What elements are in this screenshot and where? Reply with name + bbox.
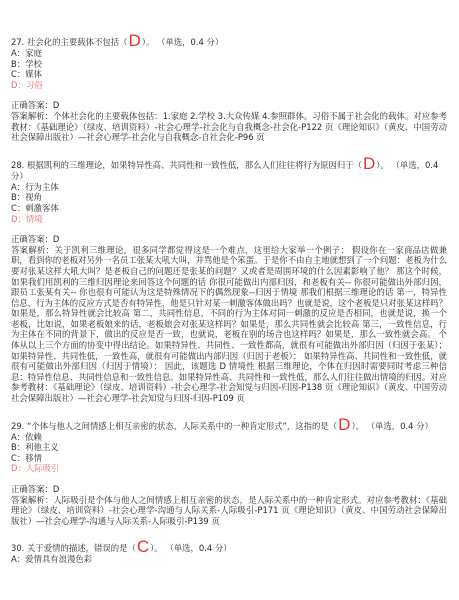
option-a: A：行为主体 xyxy=(11,182,447,193)
stem-suffix: ）。 （单选，0.4 分） xyxy=(150,543,231,553)
question-29: 29. “个体与他人之间情感上相互亲密的状态，人际关系中的一种肯定形式”，这指的… xyxy=(11,420,447,527)
question-30: 30. 关于爱情的描述，错误的是（C）。 （单选，0.4 分） A：爱情具有浪漫… xyxy=(11,542,447,565)
option-d-correct: D：习俗 xyxy=(11,80,447,91)
question-stem: 28. 根据凯利的三维理论，如果特异性高、共同性和一致性低，那么人们往往将行为原… xyxy=(11,159,447,182)
stem-text: 30. 关于爱情的描述，错误的是（ xyxy=(11,543,136,553)
question-27: 27. 社会化的主要载体不包括（D）。 （单选，0.4 分） A：家庭 B：学校… xyxy=(11,36,447,143)
correct-answer: 正确答案：D xyxy=(11,100,447,111)
option-d-correct: D：人际吸引 xyxy=(11,463,447,474)
option-a: A：家庭 xyxy=(11,48,447,59)
document-page: 27. 社会化的主要载体不包括（D）。 （单选，0.4 分） A：家庭 B：学校… xyxy=(0,0,459,565)
option-d-correct: D：情境 xyxy=(11,214,447,225)
answer-mark: D xyxy=(127,31,141,50)
stem-suffix: ）。 （单选，0.4 分） xyxy=(351,421,432,431)
question-28: 28. 根据凯利的三维理论，如果特异性高、共同性和一致性低，那么人们往往将行为原… xyxy=(11,159,447,404)
option-b: B：利他主义 xyxy=(11,442,447,453)
answer-explanation: 答案解析：人际吸引是个体与他人之间情感上相互亲密的状态，是人际关系中的一种肯定形… xyxy=(11,495,447,527)
answer-mark: D xyxy=(362,154,376,173)
option-c: C：刺激客体 xyxy=(11,203,447,214)
option-c: C：移情 xyxy=(11,453,447,464)
answer-explanation: 答案解析：关于凯利三维理论，很多同学都觉得这是一个难点，这里给大家举一个例子： … xyxy=(11,245,447,404)
stem-suffix: ）。 （单选，0.4 分） xyxy=(142,37,223,47)
answer-mark: D xyxy=(337,415,351,434)
option-b: B：视角 xyxy=(11,192,447,203)
question-stem: 27. 社会化的主要载体不包括（D）。 （单选，0.4 分） xyxy=(11,36,447,48)
option-a: A：依赖 xyxy=(11,432,447,443)
answer-mark: C xyxy=(136,537,150,556)
option-c: C：媒体 xyxy=(11,69,447,80)
stem-text: 29. “个体与他人之间情感上相互亲密的状态，人际关系中的一种肯定形式”，这指的… xyxy=(11,421,337,431)
question-stem: 30. 关于爱情的描述，错误的是（C）。 （单选，0.4 分） xyxy=(11,542,447,554)
stem-text: 27. 社会化的主要载体不包括（ xyxy=(11,37,127,47)
option-b: B：学校 xyxy=(11,59,447,70)
correct-answer: 正确答案：D xyxy=(11,234,447,245)
question-stem: 29. “个体与他人之间情感上相互亲密的状态，人际关系中的一种肯定形式”，这指的… xyxy=(11,420,447,432)
correct-answer: 正确答案：D xyxy=(11,484,447,495)
stem-text: 28. 根据凯利的三维理论，如果特异性高、共同性和一致性低，那么人们往往将行为原… xyxy=(11,160,362,170)
option-a: A：爱情具有浪漫色彩 xyxy=(11,554,447,565)
answer-explanation: 答案解析：个体社会化的主要载体包括：1.家庭 2.学校 3.大众传媒 4.参照群… xyxy=(11,111,447,143)
